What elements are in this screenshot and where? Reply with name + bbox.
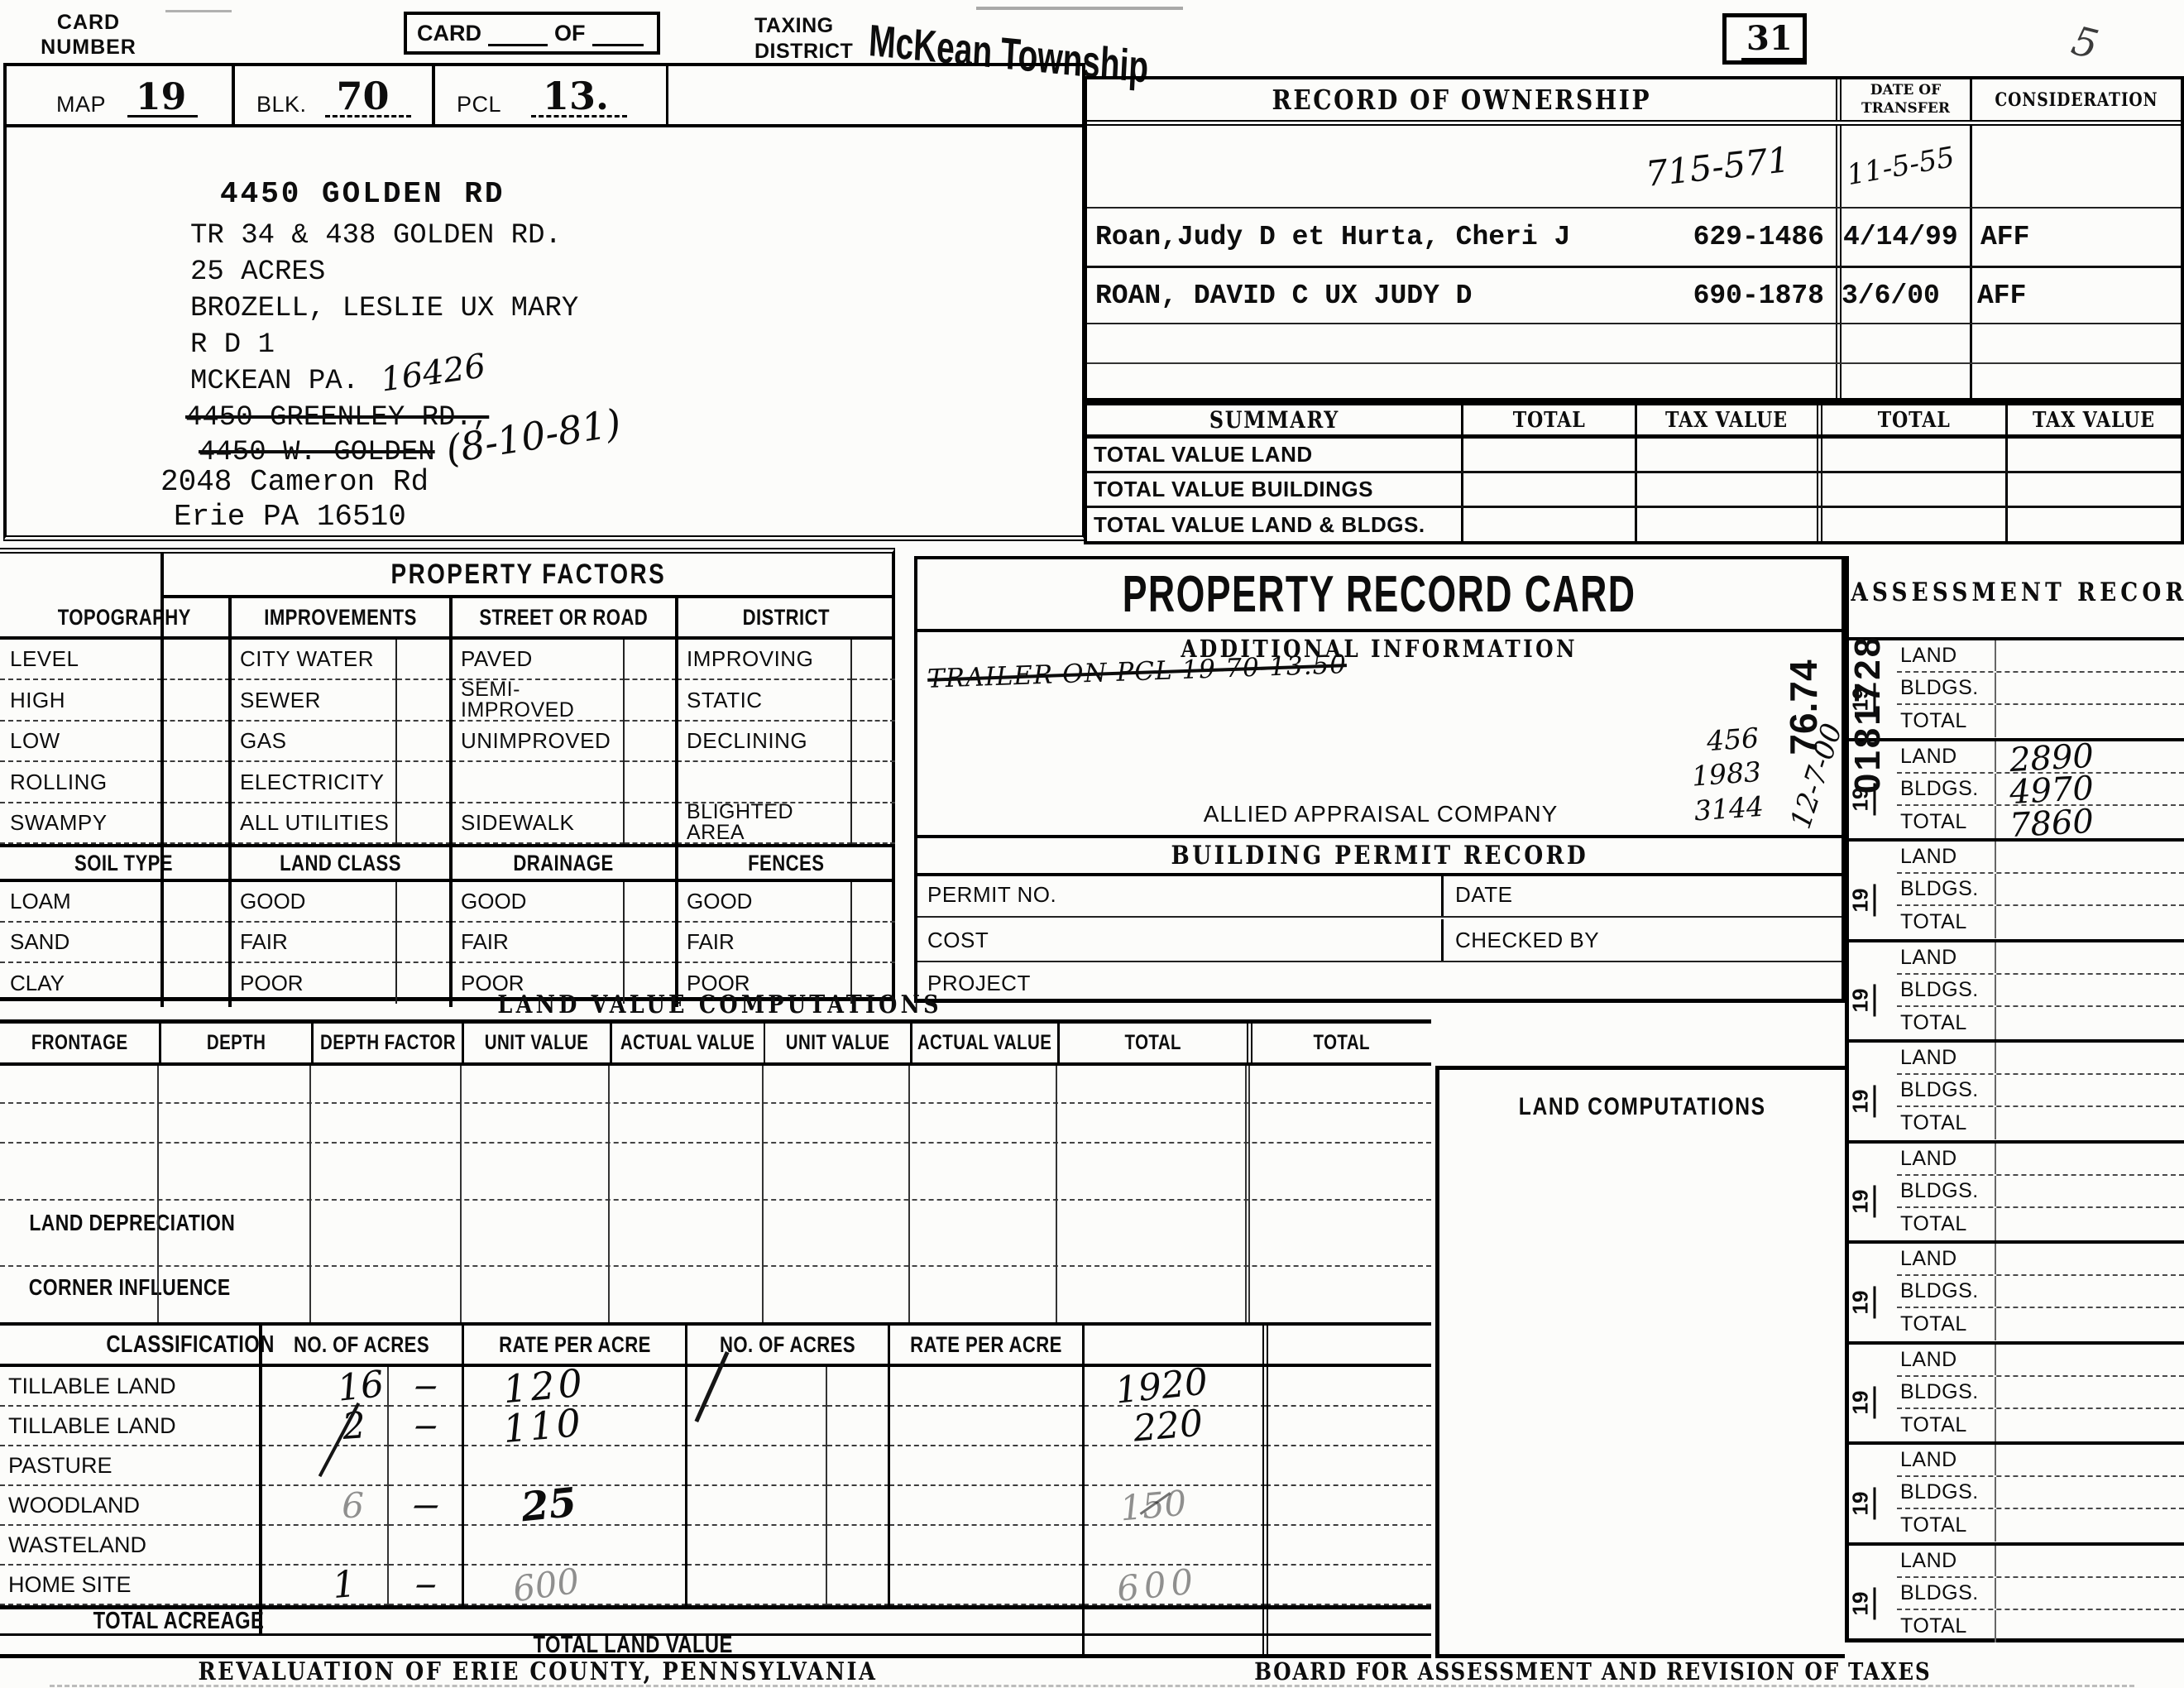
footer-right: BOARD FOR ASSESSMENT AND REVISION OF TAX… (1254, 1657, 1931, 1686)
pcl-label: PCL (457, 92, 501, 117)
footer-left: REVALUATION OF ERIE COUNTY, PENNSYLVANIA (198, 1657, 877, 1686)
rate-col-2: RATE PER ACRE (911, 1332, 1063, 1358)
fences-col: FENCES (748, 851, 824, 876)
factor-checkbox (852, 722, 895, 762)
factor-topography: ROLLING (0, 762, 162, 803)
assessment-title: ASSESSMENT RECORD (1851, 578, 2184, 607)
soil-type: CLAY (0, 963, 162, 1004)
street-col: STREET OR ROAD (480, 605, 649, 631)
transfer-date: 3/6/00 (1842, 281, 1940, 311)
factor-checkbox (162, 803, 230, 844)
actual-value-col: ACTUAL VALUE (620, 1031, 754, 1055)
scan-artifact (165, 10, 232, 12)
permit-date-label: DATE (1455, 882, 1512, 908)
card-no-box: 31 (1722, 13, 1807, 65)
factor-checkbox (625, 640, 677, 680)
of-word: OF (554, 21, 586, 46)
actual-value-col-2: ACTUAL VALUE (917, 1031, 1051, 1055)
factor-street (451, 762, 625, 803)
consideration: AFF (1980, 222, 2029, 252)
owner-name: Roan,Judy D et Hurta, Cheri J (1095, 222, 1570, 252)
ownership-table: RECORD OF OWNERSHIP DATE OF TRANSFER CON… (1084, 76, 2184, 401)
permit-cost-label: COST (927, 928, 989, 953)
factor-district (677, 762, 852, 803)
dash-mark: - (414, 1566, 438, 1604)
acres-value: 16 (335, 1363, 386, 1410)
rd-line: R D 1 (190, 329, 275, 361)
assessment-group: 19 LAND BLDGS. TOTAL (1849, 1140, 2184, 1241)
dash-mark: - (413, 1407, 439, 1445)
land-value-table: FRONTAGE DEPTH DEPTH FACTOR UNIT VALUE A… (0, 1019, 1431, 1658)
factor-improvement: ALL UTILITIES (230, 803, 397, 844)
land-depreciation-label: LAND DEPRECIATION (29, 1210, 235, 1236)
assessment-group: 19 LAND BLDGS. TOTAL (1849, 1542, 2184, 1643)
drainage-option: GOOD (451, 882, 625, 923)
old-address-struck: 4450 W. GOLDEN (199, 437, 435, 468)
unit-value-col: UNIT VALUE (485, 1031, 589, 1055)
factor-street: SIDEWALK (451, 803, 625, 844)
factor-checkbox (625, 803, 677, 844)
card-number-label: CARD NUMBER (26, 10, 151, 60)
factor-topography: SWAMPY (0, 803, 162, 844)
date-of-transfer-col: DATE OF TRANSFER (1861, 82, 1952, 117)
total-col-2: TOTAL (1878, 408, 1951, 433)
record-card-box: PROPERTY RECORD CARD ADDITIONAL INFORMAT… (914, 556, 1845, 1003)
permit-no-label: PERMIT NO. (927, 882, 1056, 908)
ownership-row-empty (1087, 324, 2181, 364)
card-no-value: 31 (1741, 19, 1804, 60)
ownership-row-empty (1087, 364, 2181, 398)
assessment-group: 19 LAND2890 BLDGS.4970 TOTAL7860 (1849, 738, 2184, 839)
property-record-card-scan: CARD NUMBER CARD OF TAXING DISTRICT McKe… (0, 0, 2184, 1688)
factor-checkbox (397, 803, 451, 844)
factor-checkbox (852, 680, 895, 721)
assessment-group: 19 LAND BLDGS. TOTAL (1849, 838, 2184, 939)
factor-district: DECLINING (677, 722, 852, 762)
zip-handwritten: 16426 (378, 347, 487, 399)
rate-value: 25 (519, 1479, 578, 1532)
drainage-option: FAIR (451, 923, 625, 963)
soil-type-col: SOIL TYPE (75, 851, 174, 876)
improvements-col: IMPROVEMENTS (264, 605, 417, 631)
classification-label: WASTELAND (0, 1526, 261, 1566)
permit-checked-by-label: CHECKED BY (1455, 928, 1599, 953)
acres-col-2: NO. OF ACRES (720, 1332, 855, 1358)
book-page-hand: 715-571 (1644, 139, 1792, 194)
total-col: TOTAL (1125, 1031, 1181, 1055)
factor-checkbox (852, 640, 895, 680)
land-class-option: GOOD (230, 882, 397, 923)
assessment-group: 19 LAND BLDGS. TOTAL (1849, 1341, 2184, 1442)
tax-value-col-2: TAX VALUE (2033, 408, 2156, 433)
rate-value: 600 (510, 1560, 582, 1609)
factor-district: IMPROVING (677, 640, 852, 680)
class-total: 600 (1115, 1561, 1200, 1609)
factor-checkbox (397, 640, 451, 680)
factor-improvement: CITY WATER (230, 640, 397, 680)
factor-checkbox (625, 722, 677, 762)
assessment-record-column: ASSESSMENT RECORD 19 LAND BLDGS. TOTAL 1… (1845, 556, 2184, 1642)
factor-improvement: SEWER (230, 680, 397, 721)
assessment-group: 19 LAND BLDGS. TOTAL (1849, 1039, 2184, 1140)
factor-checkbox (852, 762, 895, 803)
land-computations-box: LAND COMPUTATIONS (1435, 1066, 1845, 1658)
address-line: TR 34 & 438 GOLDEN RD. (190, 220, 562, 252)
factor-checkbox (625, 762, 677, 803)
classification-label: TILLABLE LAND (0, 1407, 261, 1446)
classification-label: PASTURE (0, 1446, 261, 1486)
factor-topography: HIGH (0, 680, 162, 721)
property-factors-section: PROPERTY FACTORS TOPOGRAPHY IMPROVEMENTS… (0, 548, 895, 1001)
tax-value-col: TAX VALUE (1666, 408, 1789, 433)
classification-label: HOME SITE (0, 1566, 261, 1605)
acres-value: 1 (331, 1562, 357, 1606)
land-class-col: LAND CLASS (280, 851, 401, 876)
total-acreage-label: TOTAL ACREAGE (93, 1608, 265, 1635)
topography-col: TOPOGRAPHY (57, 605, 190, 631)
total-col-2: TOTAL (1314, 1031, 1370, 1055)
land-class-option: POOR (230, 963, 397, 1004)
blk-value: 70 (325, 79, 411, 117)
owner-name: ROAN, DAVID C UX JUDY D (1095, 281, 1472, 311)
ownership-title: RECORD OF OWNERSHIP (1272, 84, 1651, 116)
factor-district: STATIC (677, 680, 852, 721)
factor-topography: LOW (0, 722, 162, 762)
owner-name-line: BROZELL, LESLIE UX MARY (190, 293, 578, 324)
taxing-district-label: TAXING DISTRICT (754, 13, 879, 65)
classification-col: CLASSIFICATION (106, 1331, 274, 1359)
city-line: MCKEAN PA. (190, 366, 359, 397)
factor-checkbox (397, 762, 451, 803)
factor-improvement: ELECTRICITY (230, 762, 397, 803)
corner-influence-label: CORNER INFLUENCE (29, 1274, 231, 1301)
record-card-title: PROPERTY RECORD CARD (1123, 565, 1636, 624)
appraisal-company: ALLIED APPRAISAL COMPANY (1204, 801, 1559, 827)
acres-col: NO. OF ACRES (294, 1332, 429, 1358)
factor-district: BLIGHTED AREA (677, 803, 852, 844)
book-page: 629-1486 (1693, 222, 1824, 252)
factor-street: PAVED (451, 640, 625, 680)
transfer-date: 4/14/99 (1843, 222, 1958, 252)
dash-mark: - (413, 1367, 439, 1405)
acreage-line: 25 ACRES (190, 257, 325, 288)
ownership-row: 715-571 11-5-55 (1087, 126, 2181, 209)
assessment-group: 19 LAND BLDGS. TOTAL (1849, 939, 2184, 1040)
factor-checkbox (625, 680, 677, 721)
consideration-col: CONSIDERATION (1995, 89, 2158, 111)
rate-col: RATE PER ACRE (499, 1332, 651, 1358)
dash-mark: - (410, 1486, 442, 1524)
mail-address-line: 2048 Cameron Rd (160, 465, 429, 499)
pcl-value: 13. (531, 79, 627, 117)
drainage-col: DRAINAGE (514, 851, 614, 876)
factor-checkbox (397, 680, 451, 721)
summary-table: SUMMARY TOTAL TAX VALUE TOTAL TAX VALUE … (1084, 401, 2184, 544)
unit-value-col-2: UNIT VALUE (786, 1031, 890, 1055)
district-col: DISTRICT (742, 605, 829, 631)
land-class-option: FAIR (230, 923, 397, 963)
frontage-col: FRONTAGE (31, 1031, 128, 1055)
factor-checkbox (162, 680, 230, 721)
factor-checkbox (162, 640, 230, 680)
land-computations-title: LAND COMPUTATIONS (1519, 1093, 1766, 1121)
blk-label: BLK. (256, 92, 307, 117)
total-col: TOTAL (1513, 408, 1586, 433)
map-blk-pcl-row: MAP 19 BLK. 70 PCL 13. (7, 66, 1082, 127)
classification-label: WOODLAND (0, 1486, 261, 1526)
factor-checkbox (397, 722, 451, 762)
card-blank (488, 44, 548, 46)
depth-col: DEPTH (207, 1031, 266, 1055)
soil-type: SAND (0, 923, 162, 963)
factor-topography: LEVEL (0, 640, 162, 680)
summary-row: TOTAL VALUE LAND (1087, 439, 2181, 473)
book-page: 690-1878 (1693, 281, 1824, 311)
summary-title: SUMMARY (1209, 406, 1339, 434)
factors-title: PROPERTY FACTORS (391, 559, 667, 591)
assessment-group: 19 LAND BLDGS. TOTAL (1849, 637, 2184, 738)
consideration: AFF (1977, 281, 2026, 311)
scan-artifact (976, 7, 1183, 10)
assessment-group: 19 LAND BLDGS. TOTAL (1849, 1240, 2184, 1341)
class-total: 220 (1132, 1402, 1205, 1450)
factor-checkbox (852, 803, 895, 844)
factor-checkbox (162, 722, 230, 762)
rate-value: 110 (501, 1400, 585, 1451)
depth-factor-col: DEPTH FACTOR (320, 1031, 456, 1055)
soil-type: LOAM (0, 882, 162, 923)
summary-row: TOTAL VALUE BUILDINGS (1087, 473, 2181, 508)
ownership-row: Roan,Judy D et Hurta, Cheri J 629-1486 4… (1087, 209, 2181, 268)
acres-value: 6 (342, 1485, 364, 1526)
summary-row: TOTAL VALUE LAND & BLDGS. (1087, 508, 2181, 541)
fences-option: FAIR (677, 923, 852, 963)
assessment-group: 19 LAND BLDGS. TOTAL (1849, 1441, 2184, 1542)
fences-option: GOOD (677, 882, 852, 923)
card-of-box: CARD OF (404, 12, 660, 55)
map-value: 19 (127, 80, 198, 117)
map-label: MAP (56, 92, 106, 117)
of-blank (592, 44, 644, 46)
ownership-row: ROAN, DAVID C UX JUDY D 690-1878 3/6/00 … (1087, 268, 2181, 324)
card-word: CARD (417, 21, 481, 46)
land-value-title: LAND VALUE COMPUTATIONS (497, 990, 941, 1019)
factor-improvement: GAS (230, 722, 397, 762)
parcel-box: MAP 19 BLK. 70 PCL 13. 4450 GOLDEN RD TR… (3, 63, 1085, 541)
total-land-value-label: TOTAL LAND VALUE (533, 1632, 732, 1659)
factor-street: SEMI-IMPROVED (451, 680, 625, 721)
property-address: 4450 GOLDEN RD (220, 177, 505, 211)
transfer-date-hand: 11-5-55 (1845, 141, 1957, 192)
corner-scribble: 5 (2067, 17, 2103, 69)
factor-checkbox (162, 762, 230, 803)
mail-city-line: Erie PA 16510 (174, 500, 406, 534)
building-permit-title: BUILDING PERMIT RECORD (1171, 841, 1588, 870)
classification-label: TILLABLE LAND (0, 1367, 261, 1407)
factor-street: UNIMPROVED (451, 722, 625, 762)
